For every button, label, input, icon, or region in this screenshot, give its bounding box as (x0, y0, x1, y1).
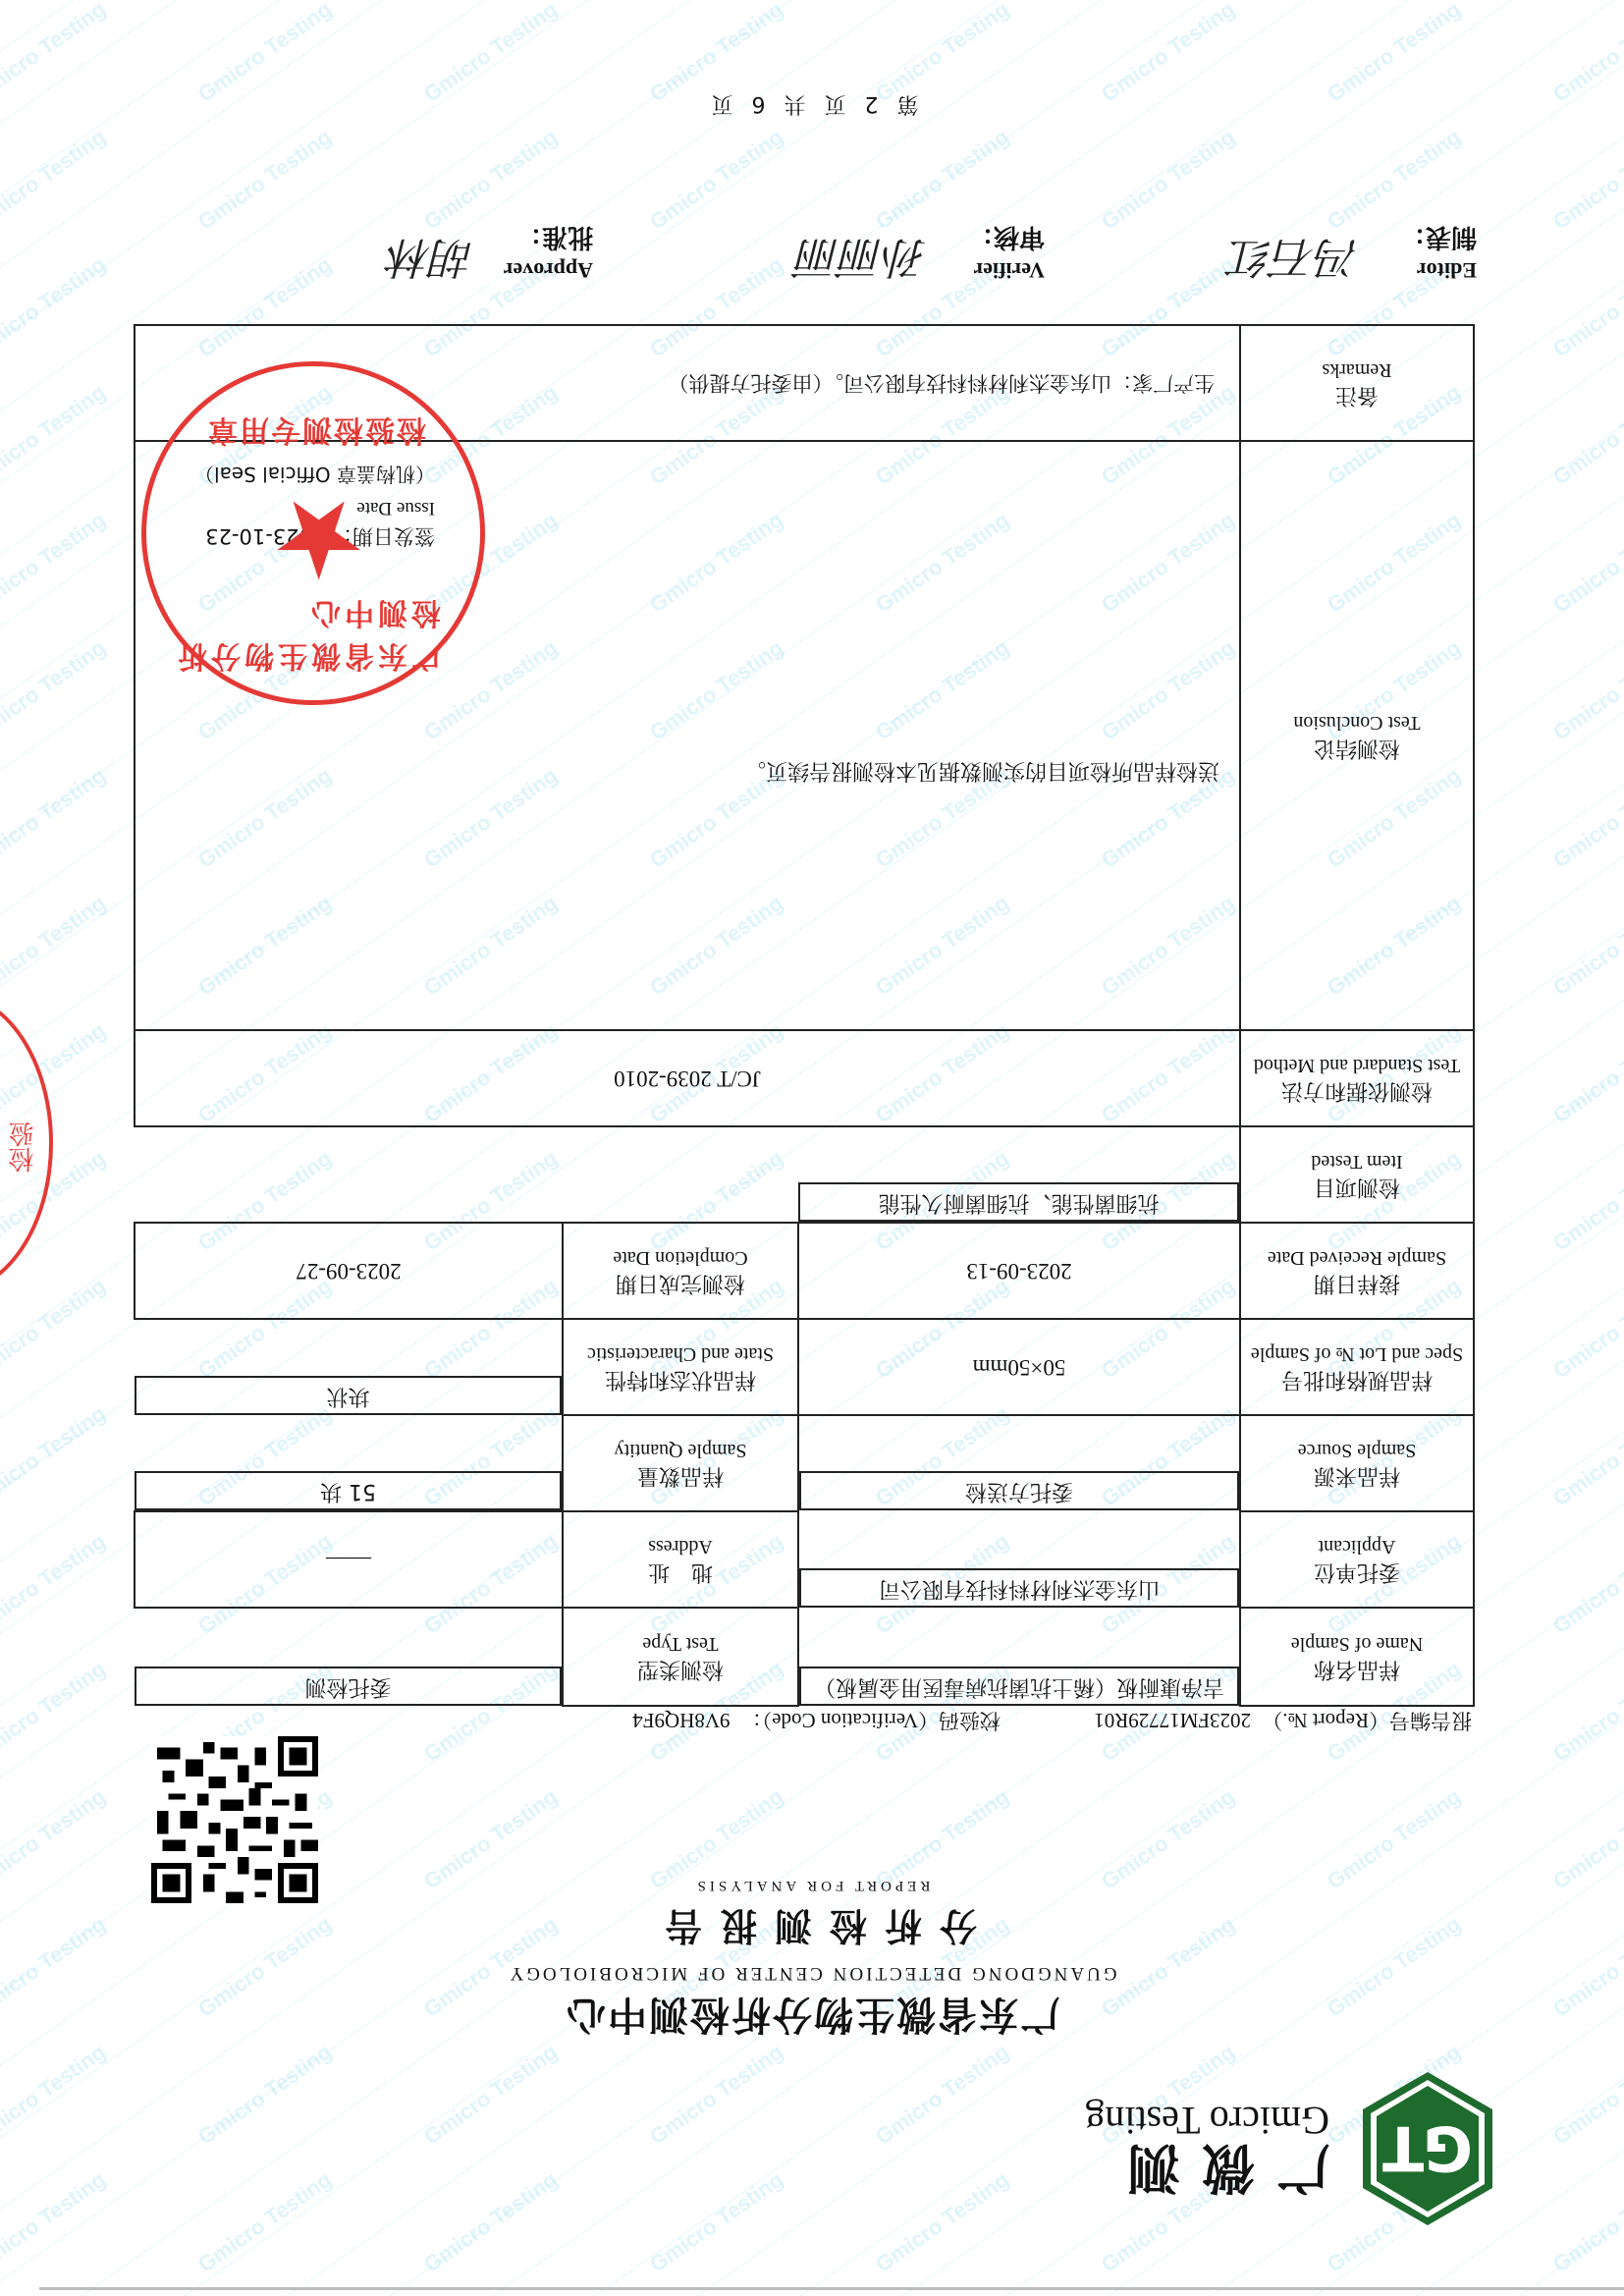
label-sample-quantity: 样品数量Sample Quantity (563, 1415, 798, 1511)
verifier-handwritten-signature: 孙丽丽 (797, 230, 927, 293)
brand-name-cn: 广微测 (1106, 2134, 1329, 2210)
report-page: GT 广微测 Gmicro Testing 广东省微生物分析检测中心 GUANG… (0, 0, 1624, 2296)
label-received-date: 接样日期Sample Received Date (1240, 1223, 1474, 1319)
qr-code-icon (151, 1736, 318, 1903)
scan-edge-line (39, 2287, 1624, 2290)
value-spec-lot: 50×50mm (798, 1319, 1240, 1415)
label-sample-source: 样品来源Sample Source (1240, 1415, 1474, 1511)
label-address: 地 址Address (563, 1511, 798, 1608)
svg-text:GT: GT (1382, 2112, 1473, 2184)
verifier-label-cn: 审核： (968, 221, 1045, 257)
label-completion-date: 检测完成日期Completion Date (563, 1223, 798, 1319)
label-state: 样品状态和特性State and Characteristic (563, 1319, 798, 1415)
value-state: 块状 (135, 1377, 562, 1416)
star-icon: ★ (270, 484, 367, 592)
label-test-type: 检测类型Test Type (563, 1608, 798, 1706)
value-sample-quantity: 51 块 (135, 1472, 562, 1511)
editor-label-cn: 制表： (1400, 221, 1477, 257)
label-remarks: 备注Remarks (1240, 325, 1474, 441)
center-title-cn: 广东省微生物分析检测中心 (0, 1990, 1624, 2046)
approver-label-en: Approver (504, 257, 593, 283)
verification-code: 9V8HQ9F4 (632, 1709, 730, 1732)
editor-signature: Editor 制表： 冯石红 (1400, 221, 1477, 283)
table-row: 检测依据和方法Test Standard and Method JC/T 203… (135, 1030, 1474, 1126)
conclusion-text: 送检样品所检项目的实测数据见本检测报告续页。 (744, 757, 1219, 785)
value-test-standard: JC/T 2039-2010 (135, 1030, 1240, 1126)
value-sample-source: 委托方送检 (799, 1472, 1239, 1511)
official-seal-stamp: 广东省微生物分析检测中心 ★ 检验检测专用章 (141, 361, 485, 705)
value-test-type: 委托检测 (135, 1667, 562, 1707)
verification-label: 校验码（Verification Code）： (741, 1709, 1001, 1732)
approver-label-cn: 批准： (504, 221, 593, 257)
seal-ring-text: 广东省微生物分析检测中心 (146, 594, 441, 681)
value-address: —— (135, 1511, 563, 1608)
signature-row: Editor 制表： 冯石红 Verifier 审核： 孙丽丽 Approver… (141, 185, 1477, 283)
seal-bottom-text: 检验检测专用章 (206, 411, 426, 455)
approver-signature: Approver 批准： 胡林 (504, 221, 593, 283)
report-no-label: 报告编号（Report №.） (1262, 1709, 1472, 1732)
label-item-tested: 检测项目Item Tested (1240, 1126, 1474, 1223)
gt-logo-icon: GT (1359, 2070, 1496, 2227)
page-number: 第 2 页 共 6 页 (0, 90, 1624, 121)
verifier-signature: Verifier 审核： 孙丽丽 (968, 221, 1045, 283)
table-row: 样品来源Sample Source 委托方送检 样品数量Sample Quant… (135, 1415, 1474, 1511)
partial-seal-stamp: 广东省微生物检验 (0, 992, 53, 1294)
label-applicant: 委托单位Applicant (1240, 1511, 1474, 1608)
label-sample-name: 样品名称Name of Sample (1240, 1608, 1474, 1706)
editor-handwritten-signature: 冯石红 (1229, 230, 1359, 293)
partial-seal-text: 广东省微生物检验 (0, 996, 41, 1173)
table-row: 检测项目Item Tested 抗细菌性能、抗细菌耐久性能 (135, 1126, 1474, 1223)
report-meta-line: 报告编号（Report №.） 2023FM17729R01 校验码（Verif… (626, 1707, 1472, 1736)
table-row: 样品规格和批号Spec and Lot № of Sample 50×50mm … (135, 1319, 1474, 1415)
table-row: 接样日期Sample Received Date 2023-09-13 检测完成… (135, 1223, 1474, 1319)
center-title-en: GUANGDONG DETECTION CENTER OF MICROBIOLO… (0, 1962, 1624, 1984)
verifier-label-en: Verifier (968, 257, 1045, 283)
value-sample-name: 吉净康耐板（稀土抗菌抗病毒医用金属板） (799, 1667, 1239, 1707)
value-completion-date: 2023-09-27 (135, 1223, 563, 1319)
label-test-conclusion: 检测结论Test Conclusion (1240, 441, 1474, 1030)
label-spec-lot: 样品规格和批号Spec and Lot № of Sample (1240, 1319, 1474, 1415)
report-no: 2023FM17729R01 (1094, 1709, 1251, 1732)
report-title-cn: 分析检测报告 (0, 1902, 1624, 1956)
brand-name-en: Gmicro Testing (1085, 2098, 1329, 2144)
value-item-tested: 抗细菌性能、抗细菌耐久性能 (798, 1183, 1239, 1223)
value-received-date: 2023-09-13 (798, 1223, 1240, 1319)
editor-label-en: Editor (1400, 257, 1477, 283)
approver-handwritten-signature: 胡林 (389, 230, 475, 293)
table-row: 样品名称Name of Sample 吉净康耐板（稀土抗菌抗病毒医用金属板） 检… (135, 1608, 1474, 1706)
table-row: 委托单位Applicant 山东金杰利材料科技有限公司 地 址Address —… (135, 1511, 1474, 1608)
label-test-standard: 检测依据和方法Test Standard and Method (1240, 1030, 1474, 1126)
value-applicant: 山东金杰利材料科技有限公司 (799, 1569, 1239, 1609)
